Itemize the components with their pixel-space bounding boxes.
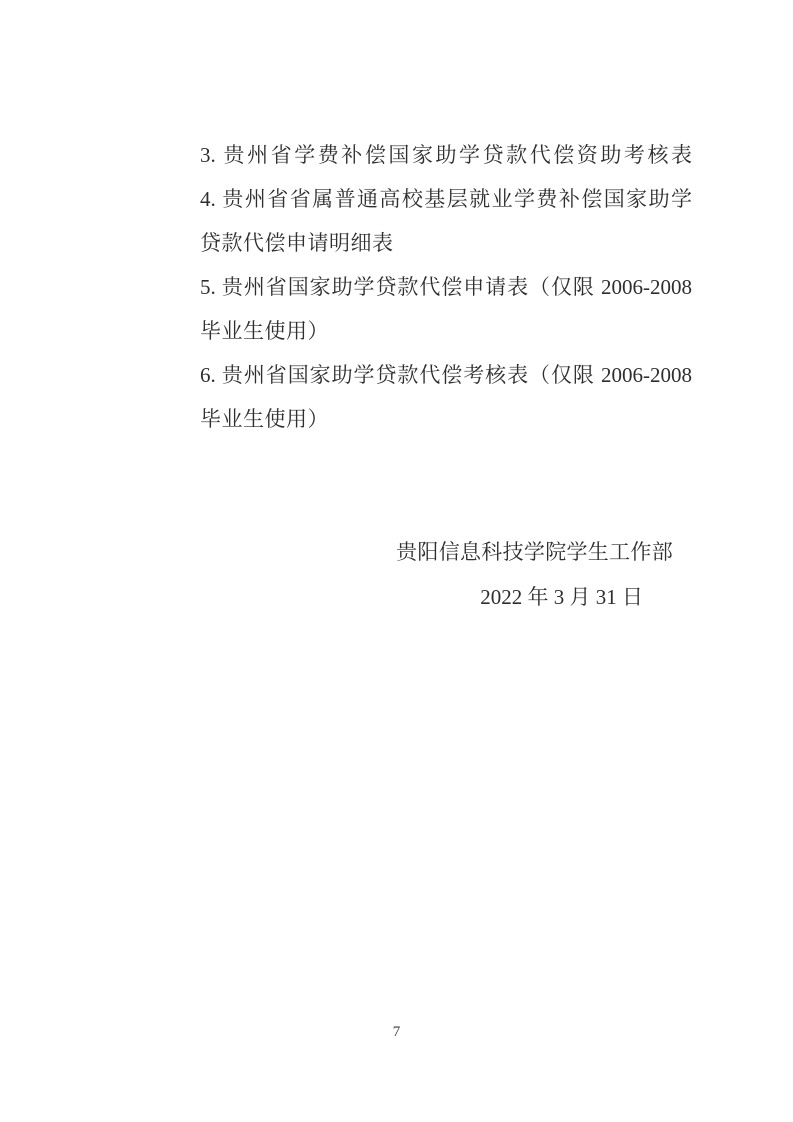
attachment-item-6-line-1: 6. 贵州省国家助学贷款代偿考核表（仅限 2006-2008 [200, 353, 692, 397]
attachment-item-4-line-2: 贷款代偿申请明细表 [200, 221, 692, 265]
attachment-list: 3. 贵州省学费补偿国家助学贷款代偿资助考核表 4. 贵州省省属普通高校基层就业… [200, 133, 692, 441]
page-number: 7 [0, 1022, 793, 1042]
document-page: 3. 贵州省学费补偿国家助学贷款代偿资助考核表 4. 贵州省省属普通高校基层就业… [0, 0, 793, 1122]
attachment-item-6-line-2: 毕业生使用） [200, 397, 692, 441]
attachment-item-5-line-1: 5. 贵州省国家助学贷款代偿申请表（仅限 2006-2008 [200, 265, 692, 309]
attachment-item-5-line-2: 毕业生使用） [200, 309, 692, 353]
signature-organization: 贵阳信息科技学院学生工作部 [396, 539, 673, 565]
attachment-item-3: 3. 贵州省学费补偿国家助学贷款代偿资助考核表 [200, 133, 692, 177]
signature-date: 2022 年 3 月 31 日 [480, 584, 643, 610]
attachment-item-4-line-1: 4. 贵州省省属普通高校基层就业学费补偿国家助学 [200, 177, 692, 221]
